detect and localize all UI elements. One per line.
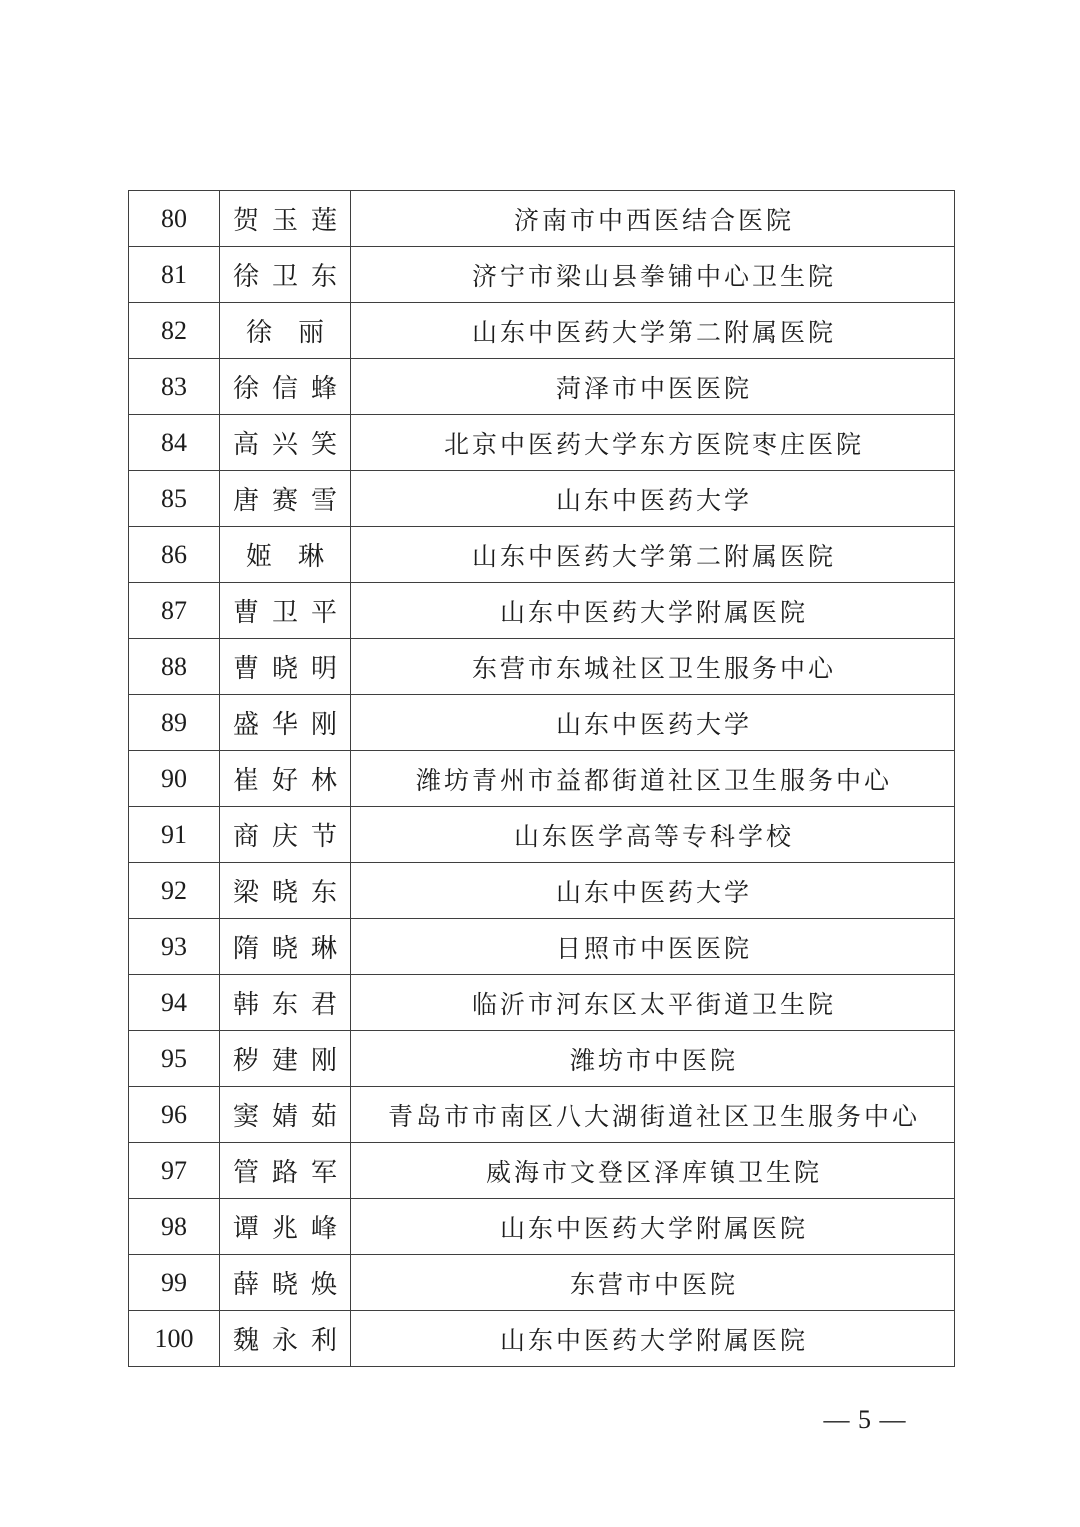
table-row: 88 曹晓明 东营市东城社区卫生服务中心 <box>129 639 955 695</box>
organization-cell: 山东中医药大学 <box>351 471 955 527</box>
organization-cell: 山东中医药大学第二附属医院 <box>351 527 955 583</box>
row-number-cell: 85 <box>129 471 220 527</box>
organization-cell: 日照市中医医院 <box>351 919 955 975</box>
row-number-cell: 81 <box>129 247 220 303</box>
row-number-cell: 93 <box>129 919 220 975</box>
document-page: 80 贺玉莲 济南市中西医结合医院 81 徐卫东 济宁市梁山县拳铺中心卫生院 8… <box>0 0 1080 1527</box>
organization-cell: 菏泽市中医医院 <box>351 359 955 415</box>
row-number-cell: 98 <box>129 1199 220 1255</box>
organization-cell: 山东中医药大学附属医院 <box>351 583 955 639</box>
name-cell: 唐赛雪 <box>220 471 351 527</box>
organization-cell: 东营市中医院 <box>351 1255 955 1311</box>
organization-cell: 潍坊市中医院 <box>351 1031 955 1087</box>
organization-cell: 济南市中西医结合医院 <box>351 191 955 247</box>
name-cell: 窦婧茹 <box>220 1087 351 1143</box>
row-number-cell: 89 <box>129 695 220 751</box>
organization-cell: 山东中医药大学附属医院 <box>351 1311 955 1367</box>
organization-cell: 山东中医药大学 <box>351 695 955 751</box>
table-row: 100 魏永利 山东中医药大学附属医院 <box>129 1311 955 1367</box>
table-row: 82 徐丽 山东中医药大学第二附属医院 <box>129 303 955 359</box>
name-cell: 隋晓琳 <box>220 919 351 975</box>
name-cell: 徐丽 <box>220 303 351 359</box>
roster-table-body: 80 贺玉莲 济南市中西医结合医院 81 徐卫东 济宁市梁山县拳铺中心卫生院 8… <box>129 191 955 1367</box>
table-row: 90 崔好林 潍坊青州市益都街道社区卫生服务中心 <box>129 751 955 807</box>
name-cell: 高兴笑 <box>220 415 351 471</box>
roster-table: 80 贺玉莲 济南市中西医结合医院 81 徐卫东 济宁市梁山县拳铺中心卫生院 8… <box>128 190 955 1367</box>
organization-cell: 潍坊青州市益都街道社区卫生服务中心 <box>351 751 955 807</box>
row-number-cell: 82 <box>129 303 220 359</box>
name-cell: 魏永利 <box>220 1311 351 1367</box>
table-row: 84 高兴笑 北京中医药大学东方医院枣庄医院 <box>129 415 955 471</box>
row-number-cell: 99 <box>129 1255 220 1311</box>
name-cell: 梁晓东 <box>220 863 351 919</box>
organization-cell: 济宁市梁山县拳铺中心卫生院 <box>351 247 955 303</box>
row-number-cell: 92 <box>129 863 220 919</box>
organization-cell: 山东医学高等专科学校 <box>351 807 955 863</box>
name-cell: 谭兆峰 <box>220 1199 351 1255</box>
organization-cell: 威海市文登区泽库镇卫生院 <box>351 1143 955 1199</box>
organization-cell: 青岛市市南区八大湖街道社区卫生服务中心 <box>351 1087 955 1143</box>
organization-cell: 临沂市河东区太平街道卫生院 <box>351 975 955 1031</box>
table-row: 86 姬琳 山东中医药大学第二附属医院 <box>129 527 955 583</box>
table-row: 80 贺玉莲 济南市中西医结合医院 <box>129 191 955 247</box>
name-cell: 贺玉莲 <box>220 191 351 247</box>
table-row: 97 管路军 威海市文登区泽库镇卫生院 <box>129 1143 955 1199</box>
organization-cell: 山东中医药大学附属医院 <box>351 1199 955 1255</box>
name-cell: 商庆节 <box>220 807 351 863</box>
name-cell: 韩东君 <box>220 975 351 1031</box>
name-cell: 秽建刚 <box>220 1031 351 1087</box>
row-number-cell: 86 <box>129 527 220 583</box>
table-row: 89 盛华刚 山东中医药大学 <box>129 695 955 751</box>
name-cell: 徐信蜂 <box>220 359 351 415</box>
name-cell: 管路军 <box>220 1143 351 1199</box>
name-cell: 姬琳 <box>220 527 351 583</box>
table-row: 83 徐信蜂 菏泽市中医医院 <box>129 359 955 415</box>
name-cell: 曹晓明 <box>220 639 351 695</box>
row-number-cell: 91 <box>129 807 220 863</box>
table-row: 94 韩东君 临沂市河东区太平街道卫生院 <box>129 975 955 1031</box>
name-cell: 薛晓焕 <box>220 1255 351 1311</box>
row-number-cell: 100 <box>129 1311 220 1367</box>
table-row: 99 薛晓焕 东营市中医院 <box>129 1255 955 1311</box>
row-number-cell: 90 <box>129 751 220 807</box>
row-number-cell: 95 <box>129 1031 220 1087</box>
table-row: 92 梁晓东 山东中医药大学 <box>129 863 955 919</box>
table-row: 91 商庆节 山东医学高等专科学校 <box>129 807 955 863</box>
row-number-cell: 96 <box>129 1087 220 1143</box>
row-number-cell: 83 <box>129 359 220 415</box>
row-number-cell: 94 <box>129 975 220 1031</box>
name-cell: 徐卫东 <box>220 247 351 303</box>
row-number-cell: 84 <box>129 415 220 471</box>
table-row: 96 窦婧茹 青岛市市南区八大湖街道社区卫生服务中心 <box>129 1087 955 1143</box>
organization-cell: 东营市东城社区卫生服务中心 <box>351 639 955 695</box>
table-row: 81 徐卫东 济宁市梁山县拳铺中心卫生院 <box>129 247 955 303</box>
table-row: 87 曹卫平 山东中医药大学附属医院 <box>129 583 955 639</box>
name-cell: 曹卫平 <box>220 583 351 639</box>
row-number-cell: 97 <box>129 1143 220 1199</box>
row-number-cell: 87 <box>129 583 220 639</box>
page-number: — 5 — <box>805 1402 925 1438</box>
organization-cell: 山东中医药大学第二附属医院 <box>351 303 955 359</box>
organization-cell: 北京中医药大学东方医院枣庄医院 <box>351 415 955 471</box>
table-row: 85 唐赛雪 山东中医药大学 <box>129 471 955 527</box>
name-cell: 崔好林 <box>220 751 351 807</box>
organization-cell: 山东中医药大学 <box>351 863 955 919</box>
table-row: 93 隋晓琳 日照市中医医院 <box>129 919 955 975</box>
row-number-cell: 80 <box>129 191 220 247</box>
name-cell: 盛华刚 <box>220 695 351 751</box>
row-number-cell: 88 <box>129 639 220 695</box>
table-row: 95 秽建刚 潍坊市中医院 <box>129 1031 955 1087</box>
table-row: 98 谭兆峰 山东中医药大学附属医院 <box>129 1199 955 1255</box>
